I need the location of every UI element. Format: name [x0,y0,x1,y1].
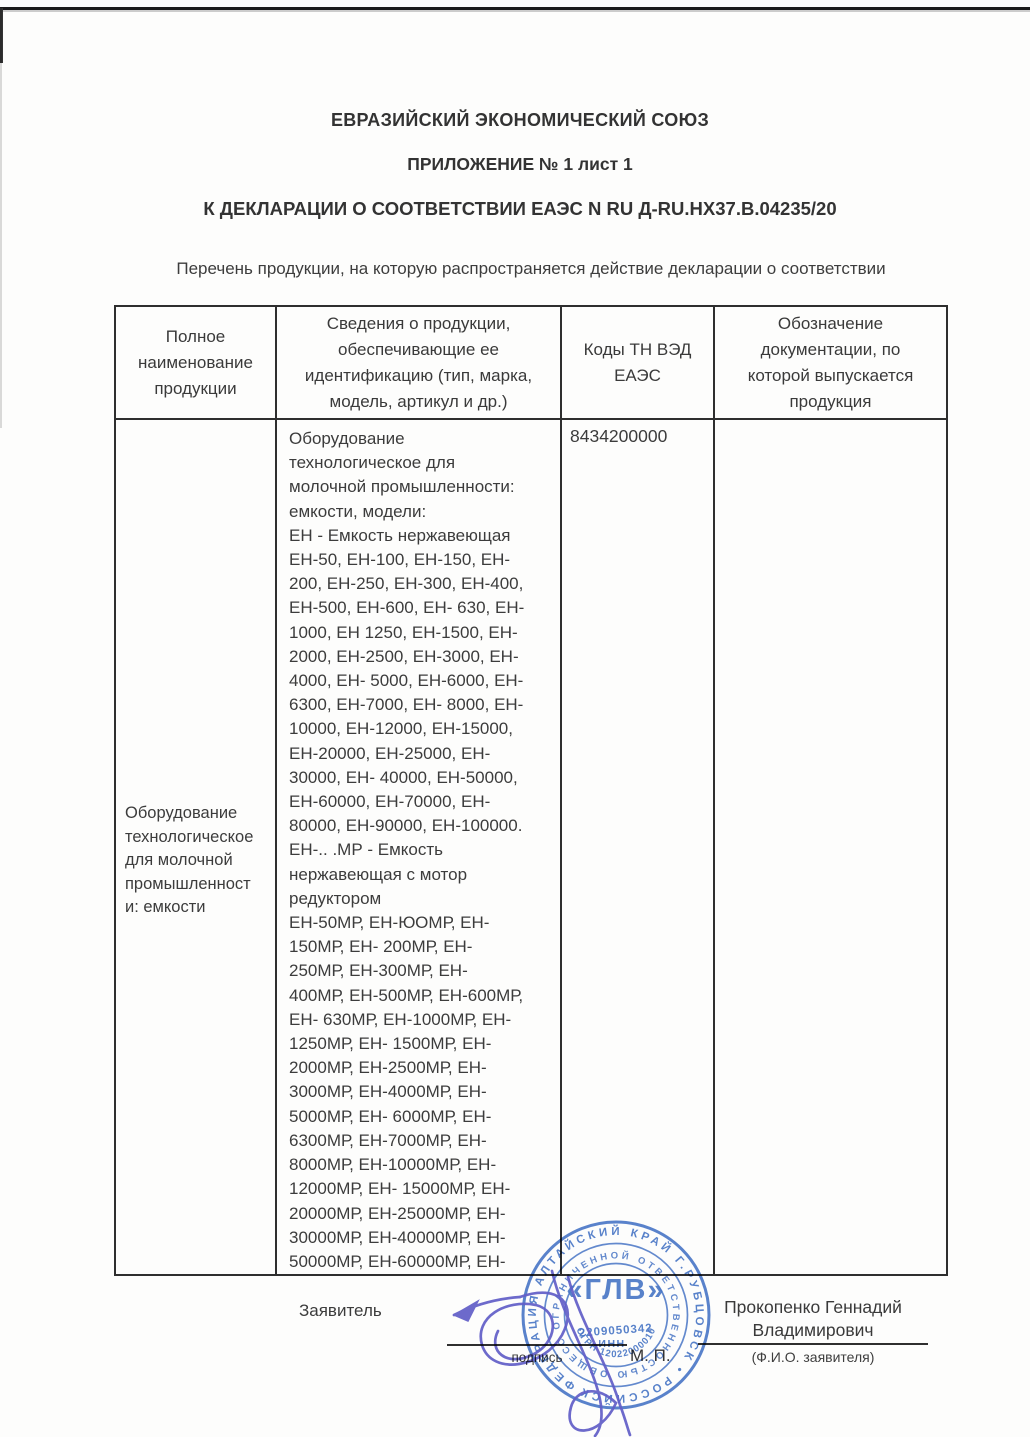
col-header-product-name: Полное наименование продукции [116,307,277,420]
cell-product-details: Оборудование технологическое для молочно… [277,420,562,1274]
applicant-label: Заявитель [299,1301,382,1321]
annex-title: ПРИЛОЖЕНИЕ № 1 лист 1 [55,154,985,175]
cell-documentation [715,420,946,1274]
products-table: Полное наименование продукции Сведения о… [114,305,948,1276]
scan-edge-left-shadow [0,8,2,428]
scan-edge-top-shadow [0,10,1030,12]
company-round-stamp: ФЕДЕРАЦИЯ АЛТАЙСКИЙ КРАЙ Г.РУБЦОВСК • РО… [440,1195,730,1437]
declaration-number-title: К ДЕКЛАРАЦИИ О СООТВЕТСТВИИ ЕАЭС N RU Д-… [55,198,985,220]
products-list-subtitle: Перечень продукции, на которую распростр… [114,259,948,279]
col-header-documentation: Обозначение документации, по которой вып… [715,307,946,420]
cell-tnved-code: 8434200000 [562,420,715,1274]
union-title: ЕВРАЗИЙСКИЙ ЭКОНОМИЧЕСКИЙ СОЮЗ [55,110,985,131]
col-header-product-details: Сведения о продукции, обеспечивающие ее … [277,307,562,420]
col-header-tnved-code: Коды ТН ВЭД ЕАЭС [562,307,715,420]
cell-product-name: Оборудование технологическое для молочно… [116,420,277,1274]
applicant-name-line [698,1343,928,1345]
stamp-center-company-name: «ГЛВ» [566,1274,665,1306]
applicant-name-caption: (Ф.И.О. заявителя) [698,1349,928,1365]
